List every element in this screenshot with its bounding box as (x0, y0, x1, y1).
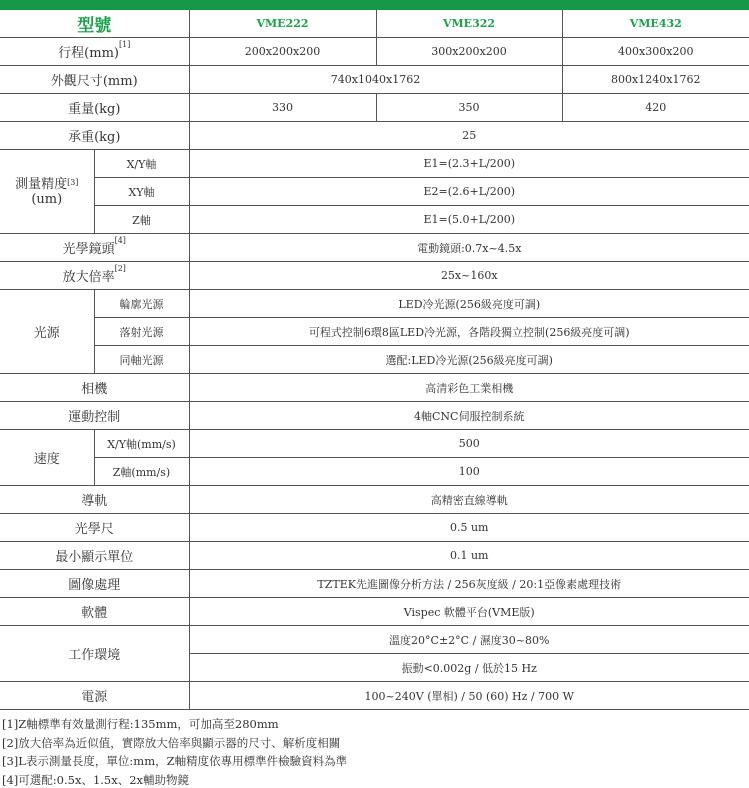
row-load: 承重(kg) 25 (0, 122, 749, 150)
value: 4軸CNC伺服控制系統 (189, 402, 749, 430)
value: 電動鏡頭:0.7x~4.5x (189, 234, 749, 262)
row-min-unit: 最小顯示單位 0.1 um (0, 542, 749, 570)
row-light-contour: 光源 輪廓光源 LED冷光源(256級亮度可調) (0, 290, 749, 318)
row-scale: 光學尺 0.5 um (0, 514, 749, 542)
value: 高清彩色工業相機 (189, 374, 749, 402)
value: LED冷光源(256級亮度可調) (189, 290, 749, 318)
sublabel: XY軸 (94, 178, 189, 206)
value: 350 (376, 94, 562, 122)
row-stroke: 行程(mm)[1] 200x200x200 300x200x200 400x30… (0, 38, 749, 66)
row-weight: 重量(kg) 330 350 420 (0, 94, 749, 122)
row-speed-xy: 速度 X/Y軸(mm/s) 500 (0, 430, 749, 458)
label-scale: 光學尺 (0, 514, 189, 542)
footnote-4: [4]可選配:0.5x、1.5x、2x輔助物鏡 (2, 771, 347, 788)
sublabel: 同軸光源 (94, 346, 189, 374)
sublabel: Z軸(mm/s) (94, 458, 189, 486)
value: E2=(2.6+L/200) (189, 178, 749, 206)
value: 740x1040x1762 (189, 66, 562, 94)
sublabel: 輪廓光源 (94, 290, 189, 318)
row-motion: 運動控制 4軸CNC伺服控制系統 (0, 402, 749, 430)
value: 200x200x200 (189, 38, 376, 66)
label-magnify: 放大倍率[2] (0, 262, 189, 290)
value: 420 (562, 94, 749, 122)
footnote-1: [1]Z軸標準有效量測行程:135mm，可加高至280mm (2, 715, 347, 734)
value: 選配:LED冷光源(256級亮度可調) (189, 346, 749, 374)
model-vme432: VME432 (562, 10, 749, 38)
value: 0.5 um (189, 514, 749, 542)
label-stroke: 行程(mm)[1] (0, 38, 189, 66)
label-size: 外觀尺寸(mm) (0, 66, 189, 94)
value: 330 (189, 94, 376, 122)
label-camera: 相機 (0, 374, 189, 402)
value: 25x~160x (189, 262, 749, 290)
label-guide: 導軌 (0, 486, 189, 514)
sublabel: 落射光源 (94, 318, 189, 346)
model-vme222: VME222 (189, 10, 376, 38)
row-camera: 相機 高清彩色工業相機 (0, 374, 749, 402)
label-light: 光源 (0, 290, 94, 374)
label-imaging: 圖像處理 (0, 570, 189, 598)
label-env: 工作環境 (0, 626, 189, 682)
value: E1=(2.3+L/200) (189, 150, 749, 178)
value: 400x300x200 (562, 38, 749, 66)
value: 300x200x200 (376, 38, 562, 66)
row-env-temp: 工作環境 溫度20°C±2°C / 濕度30~80% (0, 626, 749, 654)
label-accuracy: 測量精度[3](um) (0, 150, 94, 234)
row-guide: 導軌 高精密直線導軌 (0, 486, 749, 514)
value: 800x1240x1762 (562, 66, 749, 94)
value: 溫度20°C±2°C / 濕度30~80% (189, 626, 749, 654)
sublabel: Z軸 (94, 206, 189, 234)
sublabel: X/Y軸 (94, 150, 189, 178)
footnote-ref: [4] (115, 236, 126, 245)
value: TZTEK先進圖像分析方法 / 256灰度級 / 20:1亞像素處理技術 (189, 570, 749, 598)
footnote-ref: [2] (115, 264, 126, 273)
value: 100~240V (單相) / 50 (60) Hz / 700 W (189, 682, 749, 710)
value: 100 (189, 458, 749, 486)
label-load: 承重(kg) (0, 122, 189, 150)
row-accuracy-xy-slash: 測量精度[3](um) X/Y軸 E1=(2.3+L/200) (0, 150, 749, 178)
value: 25 (189, 122, 749, 150)
row-lens: 光學鏡頭[4] 電動鏡頭:0.7x~4.5x (0, 234, 749, 262)
spec-table: 型號 VME222 VME322 VME432 行程(mm)[1] 200x20… (0, 10, 749, 710)
sublabel: X/Y軸(mm/s) (94, 430, 189, 458)
footnote-3: [3]L表示測量長度，單位:mm，Z軸精度依專用標準件檢驗資料為準 (2, 752, 347, 771)
accent-bar (0, 0, 749, 10)
row-imaging: 圖像處理 TZTEK先進圖像分析方法 / 256灰度級 / 20:1亞像素處理技… (0, 570, 749, 598)
row-speed-z: Z軸(mm/s) 100 (0, 458, 749, 486)
value: 振動<0.002g / 低於15 Hz (189, 654, 749, 682)
label-power: 電源 (0, 682, 189, 710)
footnote-2: [2]放大倍率為近似值，實際放大倍率與顯示器的尺寸、解析度相關 (2, 734, 347, 753)
footnote-ref: [1] (119, 40, 130, 49)
model-vme322: VME322 (376, 10, 562, 38)
label-speed: 速度 (0, 430, 94, 486)
label-min-unit: 最小顯示單位 (0, 542, 189, 570)
row-size: 外觀尺寸(mm) 740x1040x1762 800x1240x1762 (0, 66, 749, 94)
row-software: 軟體 Vispec 軟體平台(VME版) (0, 598, 749, 626)
row-accuracy-z: Z軸 E1=(5.0+L/200) (0, 206, 749, 234)
row-accuracy-xy: XY軸 E2=(2.6+L/200) (0, 178, 749, 206)
row-magnify: 放大倍率[2] 25x~160x (0, 262, 749, 290)
label-lens: 光學鏡頭[4] (0, 234, 189, 262)
footnote-ref: [3] (67, 178, 78, 187)
value: 可程式控制6環8區LED冷光源，各階段獨立控制(256級亮度可調) (189, 318, 749, 346)
value: 0.1 um (189, 542, 749, 570)
value: 500 (189, 430, 749, 458)
model-label: 型號 (0, 10, 189, 38)
value: 高精密直線導軌 (189, 486, 749, 514)
header-row: 型號 VME222 VME322 VME432 (0, 10, 749, 38)
row-light-surface: 落射光源 可程式控制6環8區LED冷光源，各階段獨立控制(256級亮度可調) (0, 318, 749, 346)
row-light-coaxial: 同軸光源 選配:LED冷光源(256級亮度可調) (0, 346, 749, 374)
label-motion: 運動控制 (0, 402, 189, 430)
label-weight: 重量(kg) (0, 94, 189, 122)
value: Vispec 軟體平台(VME版) (189, 598, 749, 626)
footnotes: [1]Z軸標準有效量測行程:135mm，可加高至280mm [2]放大倍率為近似… (2, 715, 347, 788)
value: E1=(5.0+L/200) (189, 206, 749, 234)
row-power: 電源 100~240V (單相) / 50 (60) Hz / 700 W (0, 682, 749, 710)
label-software: 軟體 (0, 598, 189, 626)
